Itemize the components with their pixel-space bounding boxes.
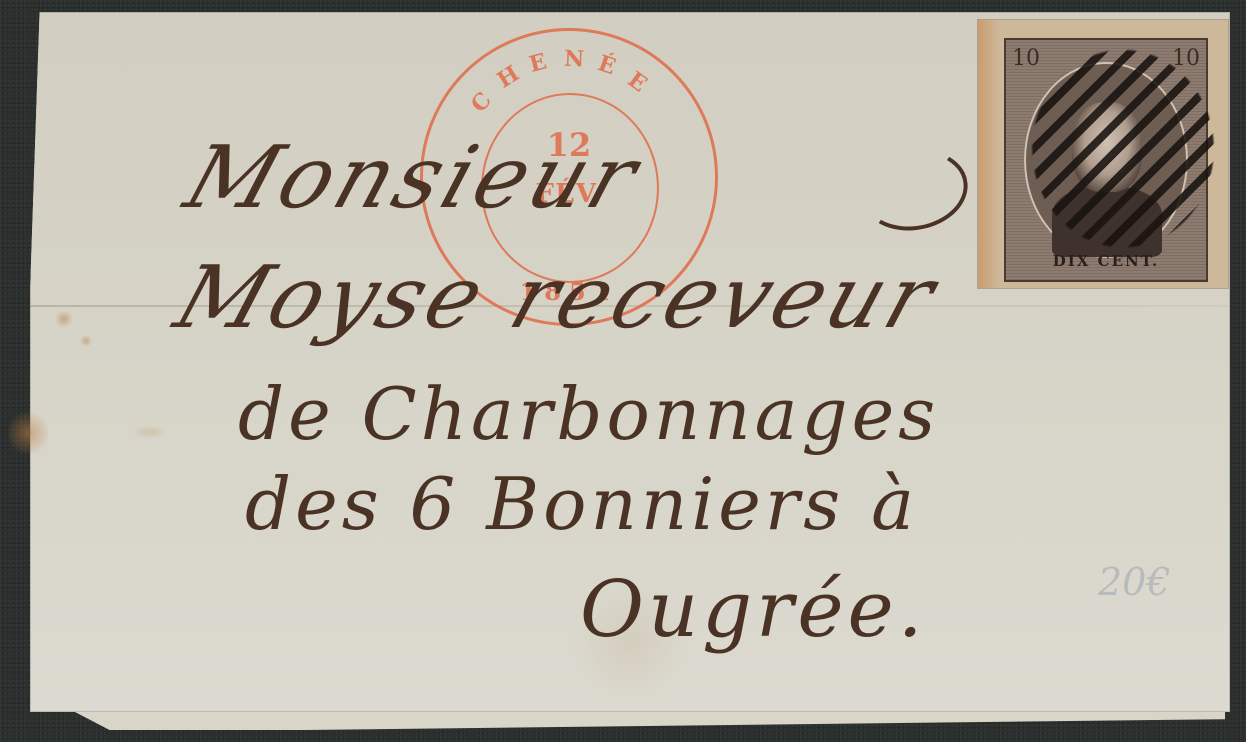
pencil-price-note: 20€: [1098, 560, 1171, 604]
postage-stamp: 10 10 DIX CENT.: [978, 20, 1228, 288]
foxing-stain: [55, 310, 73, 328]
foxing-stain: [80, 335, 92, 347]
stamp-cancellation-bars: [978, 20, 1228, 288]
foxing-stain: [8, 408, 48, 458]
address-line-2: Moyse receveur: [164, 248, 950, 348]
address-line-4: des 6 Bonniers à: [245, 462, 918, 546]
address-line-3: de Charbonnages: [238, 372, 939, 456]
photo-scene: C H E N É E 12 FÉV. 1851 10 10 DIX CENT.…: [0, 0, 1246, 742]
back-flap: [75, 712, 1225, 730]
address-line-1: Monsieur: [174, 128, 653, 228]
address-line-5: Ougrée.: [580, 565, 927, 655]
